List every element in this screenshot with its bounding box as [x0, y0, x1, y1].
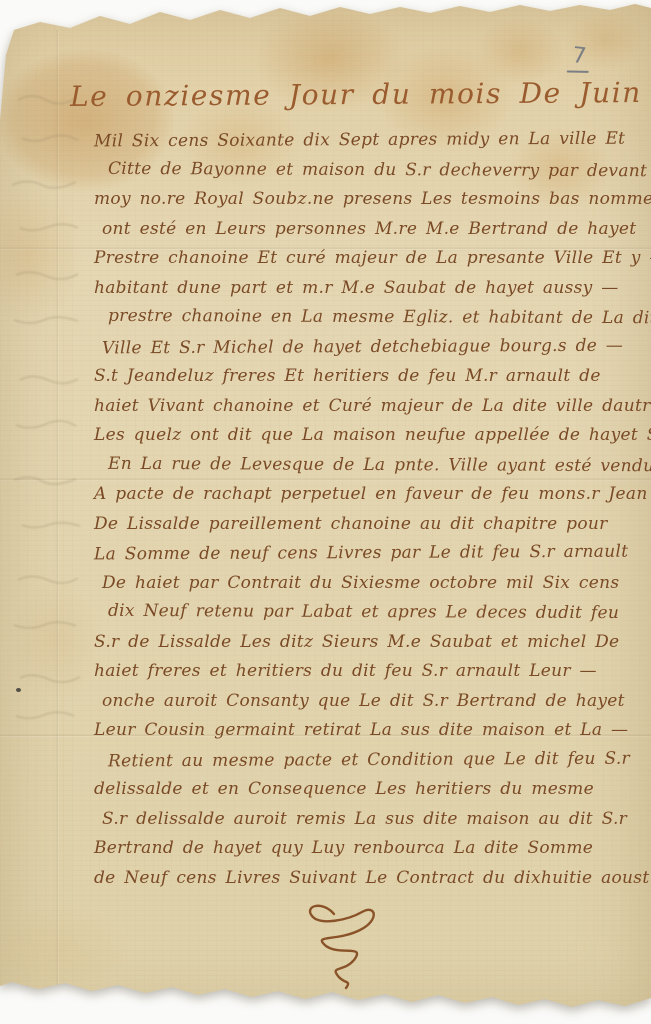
manuscript-line: De Lissalde pareillement chanoine au dit… — [94, 510, 634, 540]
manuscript-line: ont esté en Leurs personnes M.re M.e Ber… — [102, 215, 634, 245]
paper-shadow-wrap: 7 Le onziesme Jour du mois De Juin Mil S… — [0, 0, 651, 1024]
pencil-underline — [567, 71, 589, 73]
manuscript-line: Citte de Bayonne et maison du S.r dechev… — [108, 154, 634, 186]
manuscript-line: haiet Vivant chanoine et Curé majeur de … — [94, 392, 634, 422]
manuscript-line: onche auroit Consanty que Le dit S.r Ber… — [102, 687, 634, 717]
manuscript-line: delissalde et en Consequence Les heritie… — [94, 775, 634, 805]
manuscript-body: Mil Six cens Soixante dix Sept apres mid… — [94, 126, 634, 893]
manuscript-line: haiet freres et heritiers du dit feu S.r… — [94, 657, 634, 687]
fold-crease-vertical — [56, 30, 59, 985]
manuscript-line: Leur Cousin germaint retirat La sus dite… — [94, 716, 634, 746]
folio-number-pencil: 7 — [571, 45, 592, 74]
manuscript-line: Retient au mesme pacte et Condition que … — [108, 744, 634, 776]
notary-paraph-flourish — [296, 896, 391, 996]
manuscript-line: S.r delissalde auroit remis La sus dite … — [102, 805, 634, 835]
manuscript-line: Prestre chanoine Et curé majeur de La pr… — [94, 244, 634, 274]
scanned-manuscript: 7 Le onziesme Jour du mois De Juin Mil S… — [0, 0, 651, 1024]
manuscript-line: de Neuf cens Livres Suivant Le Contract … — [94, 864, 634, 894]
manuscript-line: habitant dune part et m.r M.e Saubat de … — [94, 274, 634, 304]
manuscript-line: A pacte de rachapt perpetuel en faveur d… — [94, 480, 634, 510]
document-heading: Le onziesme Jour du mois De Juin — [70, 76, 642, 113]
manuscript-line: La Somme de neuf cens Livres par Le dit … — [94, 538, 634, 570]
manuscript-page: 7 Le onziesme Jour du mois De Juin Mil S… — [0, 0, 651, 1024]
manuscript-line: S.r de Lissalde Les ditz Sieurs M.e Saub… — [94, 628, 634, 658]
manuscript-line: dix Neuf retenu par Labat et apres Le de… — [108, 597, 634, 629]
manuscript-line: prestre chanoine en La mesme Egliz. et h… — [108, 302, 634, 334]
manuscript-line: moy no.re Royal Soubz.ne presens Les tes… — [94, 185, 634, 215]
ink-spot — [16, 688, 21, 692]
manuscript-line: Ville Et S.r Michel de hayet detchebiagu… — [102, 331, 634, 363]
manuscript-line: En La rue de Levesque de La pnte. Ville … — [108, 449, 634, 481]
manuscript-line: Mil Six cens Soixante dix Sept apres mid… — [94, 125, 634, 157]
manuscript-line: Bertrand de hayet quy Luy renbourca La d… — [94, 834, 634, 864]
folio-number: 7 — [571, 43, 588, 69]
manuscript-line: Les quelz ont dit que La maison neufue a… — [94, 421, 634, 451]
manuscript-line: De haiet par Contrait du Sixiesme octobr… — [102, 569, 634, 599]
manuscript-line: S.t Jeandeluz freres Et heritiers de feu… — [94, 362, 634, 392]
